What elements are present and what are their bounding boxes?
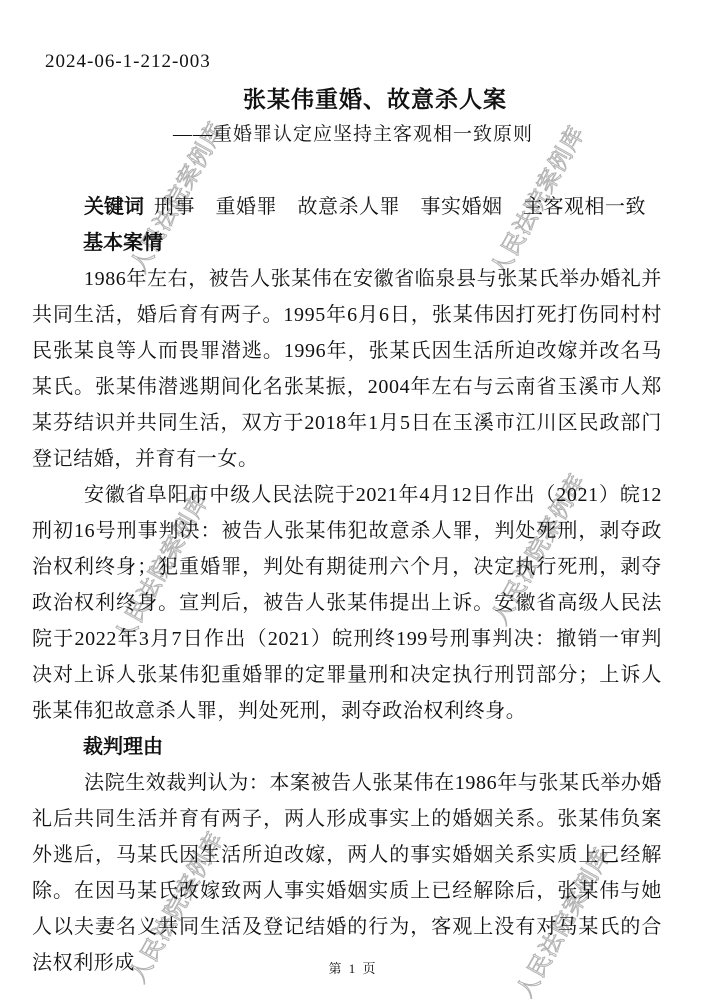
keywords-label: 关键词: [84, 196, 144, 218]
keywords-terms: 刑事 重婚罪 故意杀人罪 事实婚姻 主客观相一致: [154, 196, 646, 218]
case-subtitle: ——重婚罪认定应坚持主客观相一致原则: [0, 123, 706, 147]
section-heading-judgment-reasons: 裁判理由: [83, 729, 706, 765]
section-heading-basic-facts: 基本案情: [83, 225, 706, 261]
paragraph-judgment-reasons-1: 法院生效裁判认为：本案被告人张某伟在1986年与张某氏举办婚礼后共同生活并育有两…: [32, 765, 662, 981]
keywords-line: 关键词刑事 重婚罪 故意杀人罪 事实婚姻 主客观相一致: [84, 189, 662, 225]
page-footer: 第 1 页: [0, 961, 706, 977]
paragraph-case-facts-1: 1986年左右，被告人张某伟在安徽省临泉县与张某氏举办婚礼并共同生活，婚后育有两…: [32, 261, 662, 477]
case-reference-number: 2024-06-1-212-003: [45, 0, 706, 74]
case-title: 张某伟重婚、故意杀人案: [0, 86, 706, 114]
document-page: 人民法院案例库 人民法院案例库 人民法院案例库 人民法院案例库 人民法院案例库 …: [0, 0, 706, 999]
page-number: 第 1 页: [328, 961, 377, 976]
paragraph-case-facts-2: 安徽省阜阳市中级人民法院于2021年4月12日作出（2021）皖12刑初16号刑…: [32, 477, 662, 729]
document-content: 2024-06-1-212-003 张某伟重婚、故意杀人案 ——重婚罪认定应坚持…: [0, 0, 706, 981]
